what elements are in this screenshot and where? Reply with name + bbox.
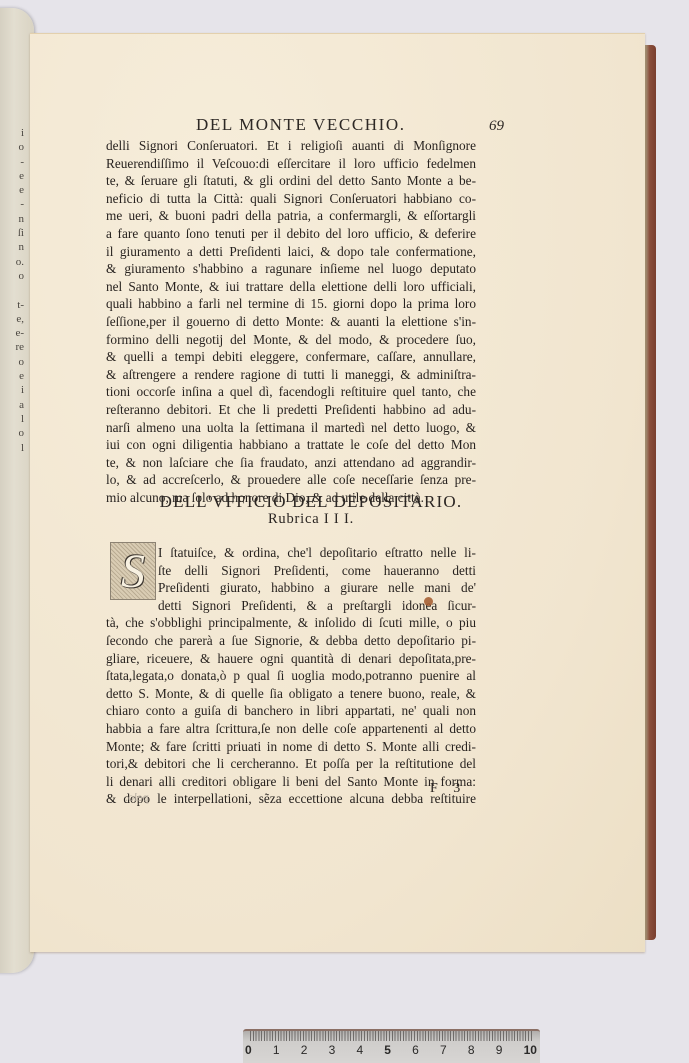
text-line: & quelli a tempi debiti eleggere, confer… [106, 348, 476, 366]
text-line: habbia a fare altra ſcrittura,ſe non del… [106, 720, 476, 738]
text-line: tà, che s'obblighi principalmente, & inſ… [106, 614, 476, 632]
text-line: neficio di tutta la Città: quali Signori… [106, 190, 476, 208]
text-line: te, & ſeruare gli ſtatuti, & gli ordini … [106, 172, 476, 190]
ruler-label: 0 [245, 1043, 252, 1057]
text-line: quali habbino a farli nel termine di 15.… [106, 295, 476, 313]
ruler-label: 6 [412, 1043, 419, 1057]
ink-stain [424, 597, 433, 606]
text-line: ſeſſione,per il gouerno di detto Monte: … [106, 313, 476, 331]
text-line: a fare quanto ſono tenuti per il debito … [106, 225, 476, 243]
text-line: & dopo le interpellationi, sẽza eccettio… [106, 790, 476, 808]
left-page-margin-text: i o - e e - n ſi n o. o t- e, e- re o e … [2, 126, 24, 455]
show-through-text: pelo. [125, 790, 149, 805]
ruler-labels: 0 1 2 3 4 5 6 7 8 9 10 [245, 1043, 537, 1057]
text-line: ſte delli Signori Preſidenti, come hauer… [106, 562, 476, 580]
text-line: me ueri, & buoni padri della patria, a c… [106, 207, 476, 225]
section-heading: DELL'VFFICIO DEL DEPOSITARIO. [146, 492, 476, 512]
text-line: Reuerendiſſimo il Veſcouo:di eſſercitare… [106, 155, 476, 173]
ruler-ticks [250, 1031, 533, 1041]
text-line: nel Santo Monte, & iui trattare della el… [106, 278, 476, 296]
text-line: & giuramento s'habbino a ragunare inſiem… [106, 260, 476, 278]
text-line: Monte; & fare ſcritti priuati in nome di… [106, 738, 476, 756]
ruler-label: 9 [496, 1043, 503, 1057]
text-line: chiaro conto a guiſa di banchero in libr… [106, 702, 476, 720]
rubrica-label: Rubrica I I I. [146, 511, 476, 528]
ruler-label: 2 [301, 1043, 308, 1057]
ruler-label: 5 [384, 1043, 391, 1057]
text-line: lo, & ad accreſcerlo, & prouedere alle c… [106, 471, 476, 489]
text-line: & aſtrengere a rendere ragione di tutti … [106, 366, 476, 384]
text-line: detto S. Monte, & di quelle ſia obligato… [106, 685, 476, 703]
text-line: iui con ogni diligentia habbiano a tratt… [106, 436, 476, 454]
text-line: te, & non laſciare che ſia fraudato, anz… [106, 454, 476, 472]
text-line: tioni occorſe inſina a quel dì, facendog… [106, 383, 476, 401]
text-line: gliare, riceuere, & hauere ogni quantità… [106, 650, 476, 668]
running-head: DEL MONTE VECCHIO. 69 [196, 115, 496, 135]
ruler-label: 4 [356, 1043, 363, 1057]
text-line: I ſtatuiſce, & ordina, che'l depoſitario… [106, 544, 476, 562]
ruler-label: 3 [329, 1043, 336, 1057]
text-line: narſi almeno una uolta la ſettimana il m… [106, 419, 476, 437]
signature-mark: F 3 [430, 781, 466, 797]
ruler-label: 1 [273, 1043, 280, 1057]
text-line: reſteranno debitori. Et che li predetti … [106, 401, 476, 419]
ruler-label: 7 [440, 1043, 447, 1057]
text-line: ſecondo che parerà a ſue Signorie, & deb… [106, 632, 476, 650]
ruler-label: 8 [468, 1043, 475, 1057]
text-line: il giuramento a detti Preſidenti laici, … [106, 243, 476, 261]
scale-ruler: 0 1 2 3 4 5 6 7 8 9 10 [243, 1029, 540, 1063]
page-number: 69 [489, 118, 504, 135]
facing-left-page: i o - e e - n ſi n o. o t- e, e- re o e … [0, 8, 34, 973]
running-title: DEL MONTE VECCHIO. [196, 115, 406, 135]
text-line: Preſidenti giurato, habbino a giurare ne… [106, 579, 476, 597]
text-line: detti Signori Preſidenti, & a preſtargli… [106, 597, 476, 615]
text-line: li denari alli creditori obligare li ben… [106, 773, 476, 791]
text-line: delli Signori Conſeruatori. Et i religio… [106, 137, 476, 155]
body-text-section-2: I ſtatuiſce, & ordina, che'l depoſitario… [106, 544, 476, 808]
body-text-section-1: delli Signori Conſeruatori. Et i religio… [106, 137, 476, 506]
ruler-label: 10 [524, 1043, 537, 1057]
text-line: formino delli negotij del Monte, & del m… [106, 331, 476, 349]
text-line: tori,& debitori che li cercheranno. Et p… [106, 755, 476, 773]
text-line: ſtata,legata,o donata,ò p qual ſi uoglia… [106, 667, 476, 685]
